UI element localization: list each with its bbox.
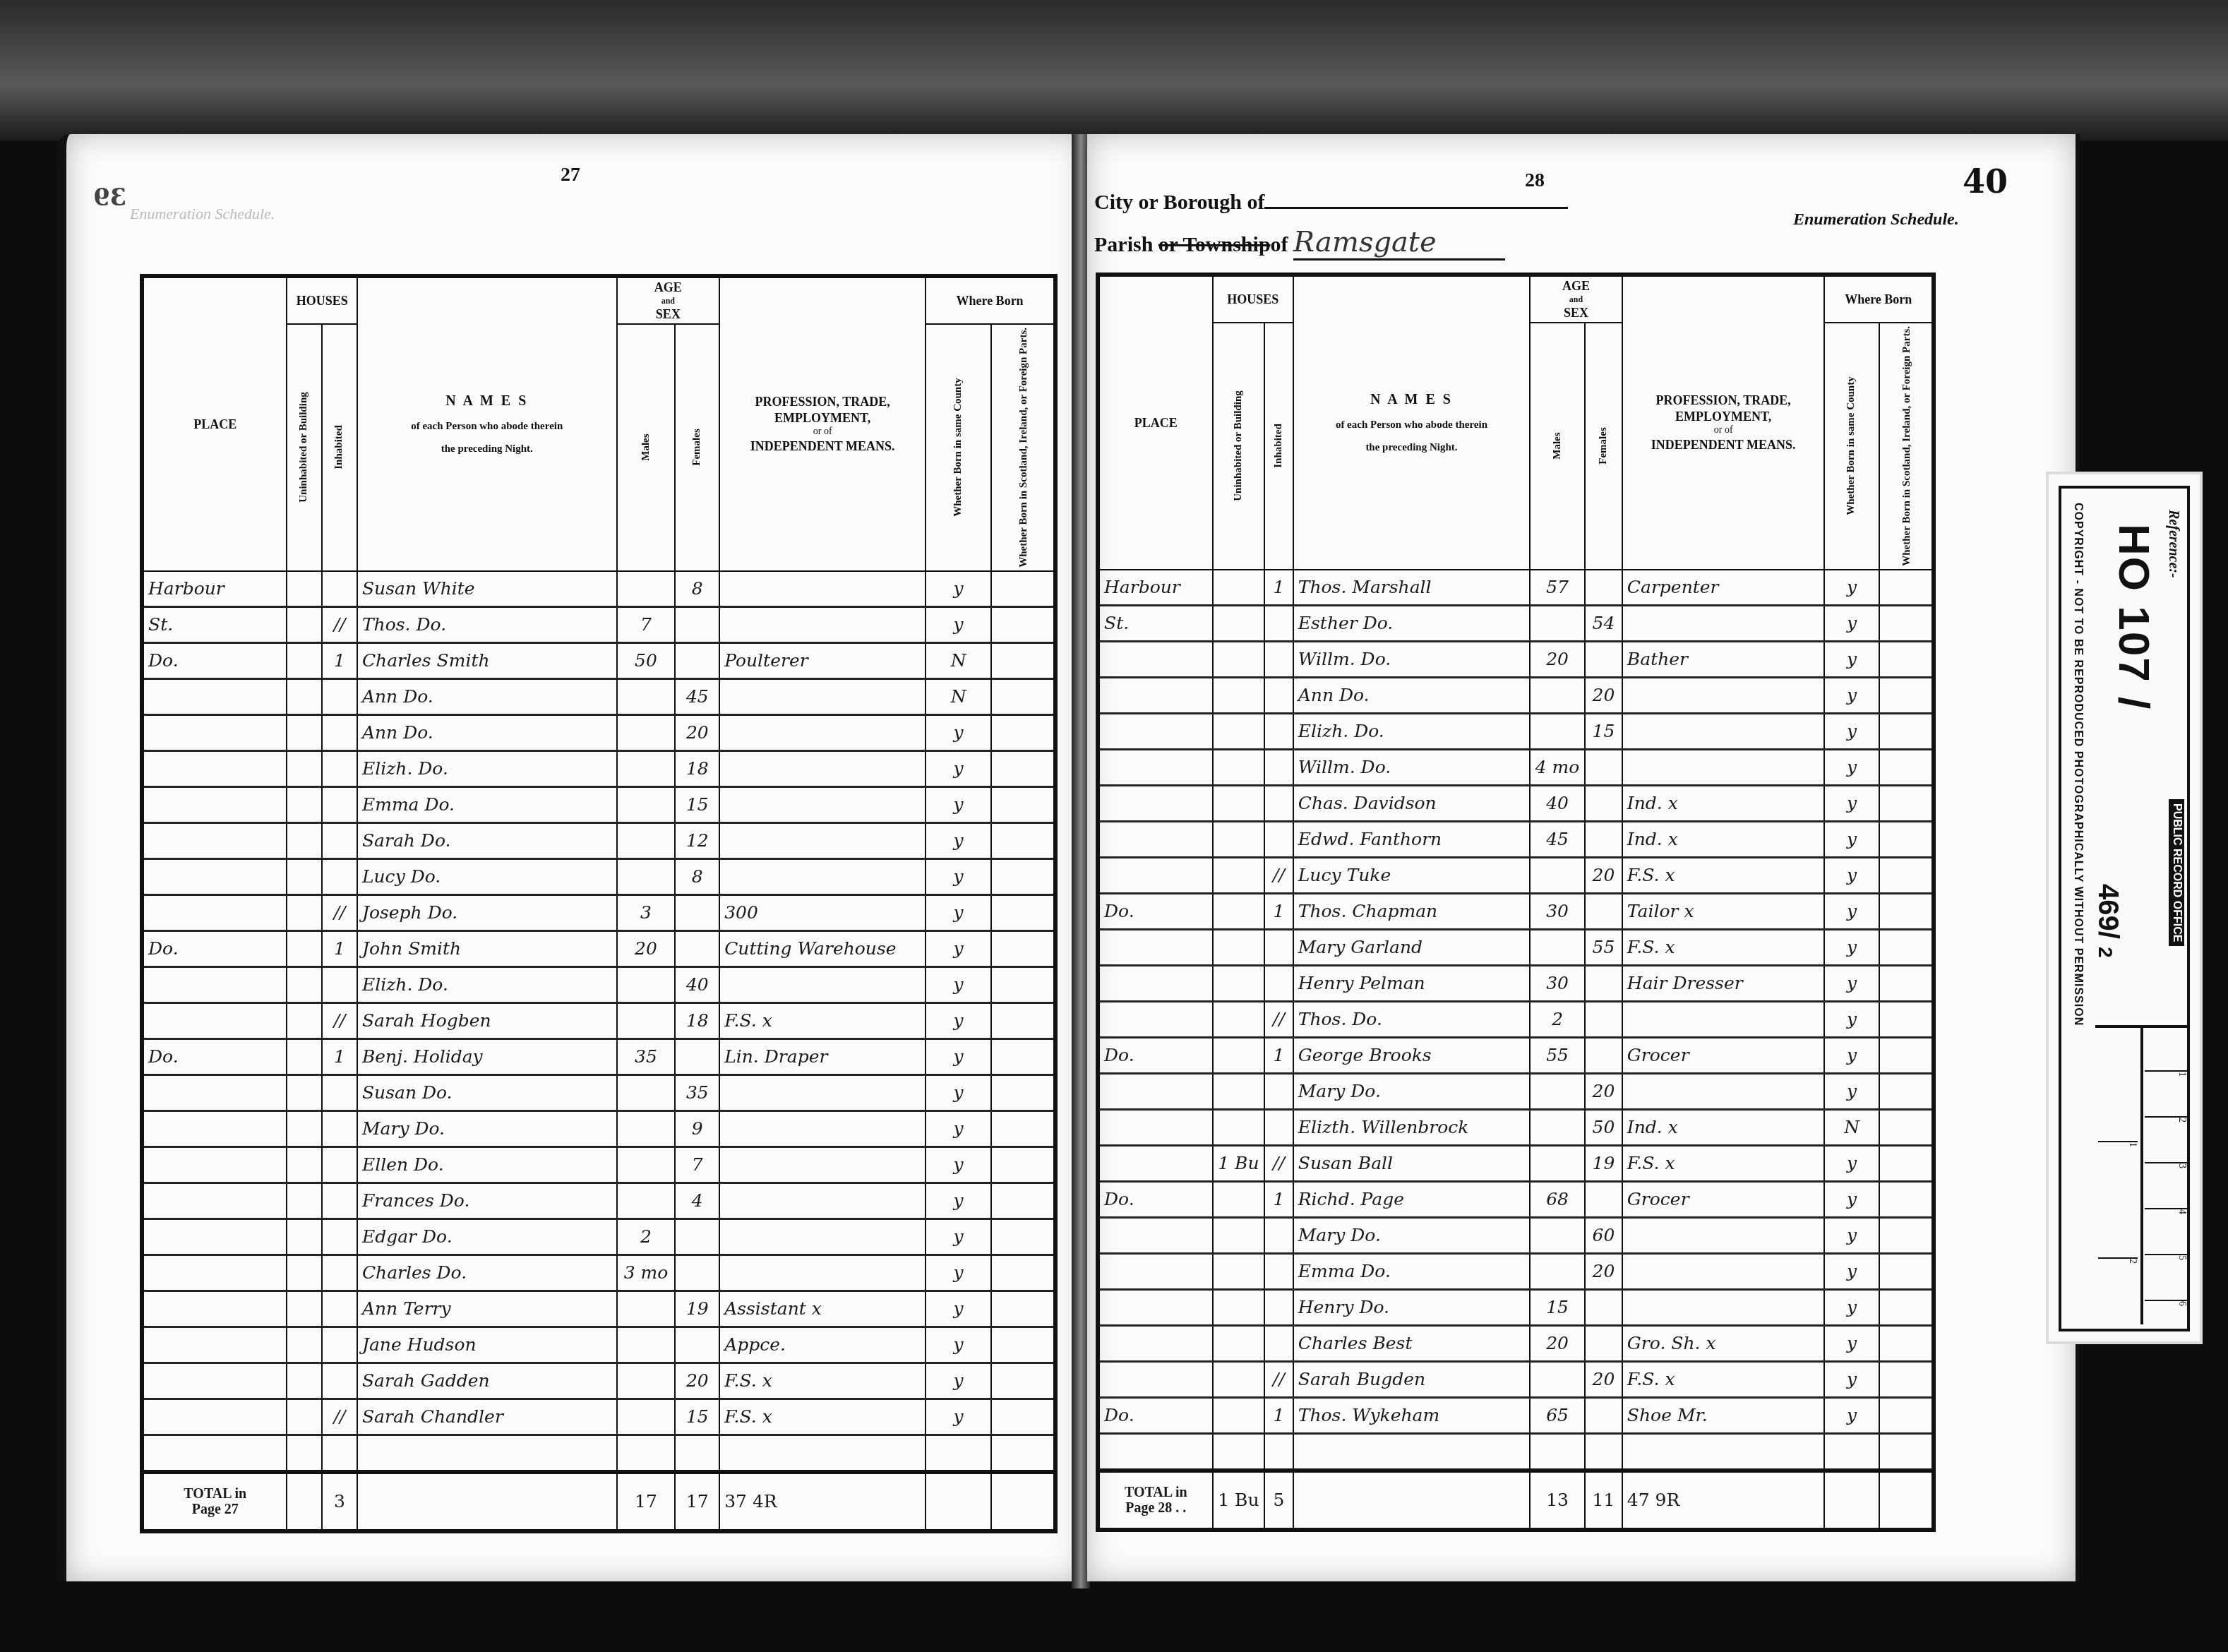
- census-row: Ann Do.20y: [142, 714, 1055, 750]
- inhabited-cell: [1264, 1325, 1293, 1361]
- inhabited-cell: 1: [1264, 1181, 1293, 1217]
- foreign-born-cell: [1879, 1289, 1934, 1325]
- age-sex: SEX: [619, 306, 718, 323]
- males-cell: 45: [1530, 821, 1585, 857]
- foreign-born-cell: [991, 1183, 1055, 1219]
- males-cell: [1530, 1433, 1585, 1471]
- place-cell: Do.: [142, 1039, 287, 1075]
- name-cell: Sarah Do.: [357, 822, 617, 858]
- col-age-sex: AGE and SEX: [617, 276, 720, 324]
- place-cell: [1098, 857, 1213, 893]
- females-cell: 60: [1585, 1217, 1622, 1253]
- females-cell: 20: [1585, 677, 1622, 713]
- inhabited-cell: [322, 1291, 357, 1327]
- same-county-cell: y: [926, 1363, 991, 1399]
- inhabited-cell: [1264, 1253, 1293, 1289]
- place-cell: [1098, 965, 1213, 1001]
- census-row: [142, 1435, 1055, 1472]
- total-inhabited: 5: [1264, 1471, 1293, 1530]
- same-county-cell: [1824, 1433, 1879, 1471]
- foreign-born-cell: [1879, 677, 1934, 713]
- inhabited-cell: 1: [322, 642, 357, 678]
- foreign-born-cell: [1879, 1253, 1934, 1289]
- uninhabited-cell: [287, 786, 322, 822]
- profession-cell: [719, 678, 926, 714]
- parish-value: Ramsgate: [1293, 226, 1505, 261]
- males-cell: [617, 1111, 676, 1147]
- place-cell: [1098, 713, 1213, 749]
- name-cell: John Smith: [357, 930, 617, 966]
- same-county-cell: y: [1824, 605, 1879, 641]
- same-county-cell: y: [926, 1039, 991, 1075]
- census-row: Mary Do.9y: [142, 1111, 1055, 1147]
- place-cell: [142, 1147, 287, 1183]
- name-cell: Thos. Marshall: [1293, 570, 1530, 606]
- foreign-born-cell: [1879, 1109, 1934, 1145]
- census-row: St.//Thos. Do.7y: [142, 606, 1055, 642]
- profession-cell: [1622, 749, 1825, 785]
- census-row: HarbourSusan White8y: [142, 571, 1055, 607]
- inhabited-cell: [322, 1075, 357, 1111]
- males-cell: [1530, 857, 1585, 893]
- col-males: Males: [617, 324, 676, 571]
- col-place: PLACE: [142, 276, 287, 571]
- census-row: [1098, 1433, 1934, 1471]
- females-cell: 15: [675, 786, 719, 822]
- females-cell: 7: [675, 1147, 719, 1183]
- males-cell: [1530, 1253, 1585, 1289]
- foreign-born-cell: [991, 786, 1055, 822]
- profession-cell: [719, 858, 926, 894]
- uninhabited-cell: [1213, 1397, 1265, 1433]
- females-cell: [1585, 1181, 1622, 1217]
- inhabited-cell: [322, 1363, 357, 1399]
- inhabited-cell: [322, 1327, 357, 1363]
- name-cell: Sarah Gadden: [357, 1363, 617, 1399]
- name-cell: Edgar Do.: [357, 1219, 617, 1255]
- township-struck-label: or Township: [1158, 233, 1271, 256]
- same-county-cell: y: [1824, 641, 1879, 677]
- census-row: Harbour1Thos. Marshall57Carpentery: [1098, 570, 1934, 606]
- inhabited-cell: [1264, 1217, 1293, 1253]
- place-cell: [1098, 1433, 1213, 1471]
- profession-cell: F.S. x: [719, 1363, 926, 1399]
- profession-cell: F.S. x: [719, 1399, 926, 1435]
- foreign-born-cell: [1879, 965, 1934, 1001]
- profession-cell: [719, 571, 926, 607]
- name-cell: Charles Smith: [357, 642, 617, 678]
- census-row: Henry Do.15y: [1098, 1289, 1934, 1325]
- same-county-cell: y: [1824, 857, 1879, 893]
- foreign-born-cell: [991, 1327, 1055, 1363]
- total-label: TOTAL inPage 27: [142, 1472, 287, 1531]
- males-cell: [617, 750, 676, 786]
- uninhabited-cell: [287, 822, 322, 858]
- uninhabited-cell: [287, 1255, 322, 1291]
- name-cell: Willm. Do.: [1293, 641, 1530, 677]
- profession-cell: [1622, 1289, 1825, 1325]
- place-cell: [1098, 677, 1213, 713]
- same-county-cell: y: [926, 966, 991, 1002]
- col-same-county: Whether Born in same County: [1824, 323, 1879, 570]
- profession-cell: [1622, 605, 1825, 641]
- foreign-born-cell: [1879, 1145, 1934, 1181]
- uninhabited-cell: [287, 1435, 322, 1472]
- uninhabited-cell: [287, 1219, 322, 1255]
- inhabited-cell: [322, 714, 357, 750]
- profession-cell: Hair Dresser: [1622, 965, 1825, 1001]
- females-cell: 15: [1585, 713, 1622, 749]
- foreign-born-cell: [1879, 605, 1934, 641]
- census-row: Ellen Do.7y: [142, 1147, 1055, 1183]
- females-cell: [1585, 1397, 1622, 1433]
- name-cell: Mary Do.: [1293, 1073, 1530, 1109]
- females-cell: [675, 1255, 719, 1291]
- females-cell: [1585, 893, 1622, 929]
- males-cell: 65: [1530, 1397, 1585, 1433]
- profession-line-1: PROFESSION, TRADE,: [1624, 393, 1823, 409]
- inhabited-cell: [1264, 605, 1293, 641]
- name-cell: Mary Do.: [357, 1111, 617, 1147]
- same-county-cell: y: [926, 1183, 991, 1219]
- uninhabited-cell: [1213, 1253, 1265, 1289]
- inhabited-cell: 1: [1264, 570, 1293, 606]
- females-cell: 20: [1585, 1253, 1622, 1289]
- males-cell: 30: [1530, 893, 1585, 929]
- inhabited-cell: [322, 1255, 357, 1291]
- names-sub1: of each Person who abode therein: [1295, 419, 1528, 432]
- same-county-cell: y: [1824, 1037, 1879, 1073]
- males-cell: [617, 571, 676, 607]
- same-county-cell: y: [926, 1147, 991, 1183]
- same-county-cell: y: [926, 750, 991, 786]
- census-row: Sarah Gadden20F.S. xy: [142, 1363, 1055, 1399]
- profession-cell: Appce.: [719, 1327, 926, 1363]
- total-foreign: [1879, 1471, 1934, 1530]
- census-row: Willm. Do.20Bathery: [1098, 641, 1934, 677]
- same-county-cell: y: [926, 822, 991, 858]
- uninhabited-cell: [1213, 1109, 1265, 1145]
- males-cell: [617, 1435, 676, 1472]
- males-cell: [617, 678, 676, 714]
- foreign-born-cell: [991, 894, 1055, 930]
- females-cell: [1585, 1433, 1622, 1471]
- profession-cell: Shoe Mr.: [1622, 1397, 1825, 1433]
- profession-cell: [719, 1255, 926, 1291]
- same-county-cell: N: [926, 678, 991, 714]
- folio-number: 40: [1963, 162, 2008, 200]
- reference-code: HO 107 /: [2109, 524, 2159, 710]
- foreign-born-cell: [991, 678, 1055, 714]
- inhabited-cell: [1264, 1073, 1293, 1109]
- inhabited-cell: [322, 1147, 357, 1183]
- age-and: and: [619, 296, 718, 306]
- census-row: Willm. Do.4 moy: [1098, 749, 1934, 785]
- name-cell: Sarah Hogben: [357, 1002, 617, 1039]
- uninhabited-cell: [1213, 1361, 1265, 1397]
- census-row: Elizh. Do.15y: [1098, 713, 1934, 749]
- place-cell: [1098, 1325, 1213, 1361]
- public-record-office-label: PUBLIC RECORD OFFICE: [2169, 799, 2184, 946]
- females-cell: [1585, 570, 1622, 606]
- males-cell: 15: [1530, 1289, 1585, 1325]
- place-cell: [1098, 1361, 1213, 1397]
- foreign-born-cell: [1879, 1397, 1934, 1433]
- census-row: 1 Bu//Susan Ball19F.S. xy: [1098, 1145, 1934, 1181]
- females-cell: [675, 606, 719, 642]
- males-cell: 55: [1530, 1037, 1585, 1073]
- foreign-born-cell: [1879, 713, 1934, 749]
- place-cell: [1098, 929, 1213, 965]
- reference-rotated-content: Reference:- HO 107 / PUBLIC RECORD OFFIC…: [2061, 489, 2187, 1329]
- place-cell: Do.: [1098, 1181, 1213, 1217]
- name-cell: Henry Pelman: [1293, 965, 1530, 1001]
- females-cell: [1585, 965, 1622, 1001]
- census-row: Sarah Do.12y: [142, 822, 1055, 858]
- name-cell: Ann Do.: [357, 714, 617, 750]
- name-cell: Sarah Chandler: [357, 1399, 617, 1435]
- uninhabited-cell: [287, 930, 322, 966]
- profession-cell: F.S. x: [1622, 929, 1825, 965]
- place-cell: [1098, 749, 1213, 785]
- foreign-born-cell: [991, 1147, 1055, 1183]
- same-county-cell: y: [1824, 965, 1879, 1001]
- place-cell: [142, 822, 287, 858]
- females-cell: 20: [1585, 1361, 1622, 1397]
- males-cell: [617, 1291, 676, 1327]
- same-county-cell: y: [1824, 1145, 1879, 1181]
- profession-cell: Assistant x: [719, 1291, 926, 1327]
- ruler-cm-4: 4: [2145, 1208, 2187, 1214]
- uninhabited-cell: [287, 1291, 322, 1327]
- profession-cell: Ind. x: [1622, 785, 1825, 821]
- uninhabited-cell: [287, 642, 322, 678]
- profession-cell: [719, 1183, 926, 1219]
- profession-cell: F.S. x: [1622, 857, 1825, 893]
- profession-cell: [719, 1435, 926, 1472]
- col-uninhabited: Uninhabited or Building: [1213, 323, 1265, 570]
- foreign-born-cell: [991, 1002, 1055, 1039]
- census-row: Elizh. Do.40y: [142, 966, 1055, 1002]
- uninhabited-cell: [1213, 1217, 1265, 1253]
- males-cell: [617, 1399, 676, 1435]
- females-cell: 55: [1585, 929, 1622, 965]
- profession-cell: [719, 1075, 926, 1111]
- census-row: Charles Best20Gro. Sh. xy: [1098, 1325, 1934, 1361]
- foreign-born-cell: [1879, 821, 1934, 857]
- same-county-cell: y: [926, 1002, 991, 1039]
- census-row: //Lucy Tuke20F.S. xy: [1098, 857, 1934, 893]
- same-county-cell: y: [1824, 1181, 1879, 1217]
- females-cell: 40: [675, 966, 719, 1002]
- males-cell: [1530, 1145, 1585, 1181]
- same-county-cell: y: [926, 714, 991, 750]
- ruler-cm-3: 3: [2145, 1162, 2187, 1168]
- males-cell: [1530, 605, 1585, 641]
- males-cell: 57: [1530, 570, 1585, 606]
- name-cell: Willm. Do.: [1293, 749, 1530, 785]
- inhabited-cell: [1264, 785, 1293, 821]
- inhabited-cell: [1264, 713, 1293, 749]
- place-cell: [142, 1327, 287, 1363]
- place-cell: [142, 1291, 287, 1327]
- total-profession: 47 9R: [1622, 1471, 1825, 1530]
- total-row: TOTAL inPage 28 . . 1 Bu 5 13 11 47 9R: [1098, 1471, 1934, 1530]
- profession-cell: [1622, 1433, 1825, 1471]
- uninhabited-cell: [287, 678, 322, 714]
- males-cell: 2: [1530, 1001, 1585, 1037]
- census-row: Charles Do.3 moy: [142, 1255, 1055, 1291]
- inhabited-cell: [1264, 641, 1293, 677]
- females-cell: [675, 894, 719, 930]
- place-cell: Do.: [142, 642, 287, 678]
- same-county-cell: y: [926, 1291, 991, 1327]
- place-cell: [1098, 821, 1213, 857]
- females-cell: [1585, 1289, 1622, 1325]
- foreign-born-cell: [991, 750, 1055, 786]
- census-row: St.Esther Do.54y: [1098, 605, 1934, 641]
- same-county-cell: y: [1824, 893, 1879, 929]
- foreign-born-cell: [1879, 1433, 1934, 1471]
- uninhabited-cell: [287, 894, 322, 930]
- males-cell: 3: [617, 894, 676, 930]
- same-county-cell: N: [1824, 1109, 1879, 1145]
- same-county-cell: y: [1824, 1325, 1879, 1361]
- same-county-cell: y: [926, 894, 991, 930]
- census-row: Do.1John Smith20Cutting Warehousey: [142, 930, 1055, 966]
- total-names: [357, 1472, 617, 1531]
- name-cell: Esther Do.: [1293, 605, 1530, 641]
- name-cell: Ann Do.: [1293, 677, 1530, 713]
- profession-cell: [719, 786, 926, 822]
- males-cell: 7: [617, 606, 676, 642]
- col-females: Females: [675, 324, 719, 571]
- city-value: [1264, 207, 1568, 209]
- males-cell: [617, 1002, 676, 1039]
- name-cell: [357, 1435, 617, 1472]
- place-cell: [142, 1219, 287, 1255]
- profession-cell: [719, 966, 926, 1002]
- foreign-born-cell: [1879, 1181, 1934, 1217]
- census-table-left: PLACE HOUSES N A M E S of each Person wh…: [140, 274, 1058, 1533]
- same-county-cell: y: [926, 1255, 991, 1291]
- names-sub1: of each Person who abode therein: [359, 420, 615, 433]
- place-cell: Do.: [1098, 1037, 1213, 1073]
- place-cell: [142, 1075, 287, 1111]
- total-inhabited: 3: [322, 1472, 357, 1531]
- profession-line-3: or of: [1624, 424, 1823, 437]
- place-cell: [142, 1363, 287, 1399]
- uninhabited-cell: [1213, 1325, 1265, 1361]
- col-uninhabited: Uninhabited or Building: [287, 324, 322, 571]
- uninhabited-cell: [287, 1399, 322, 1435]
- profession-cell: Poulterer: [719, 642, 926, 678]
- females-cell: [675, 1039, 719, 1075]
- place-cell: Do.: [1098, 893, 1213, 929]
- total-males: 17: [617, 1472, 676, 1531]
- name-cell: Elizth. Willenbrock: [1293, 1109, 1530, 1145]
- inhabited-cell: [1264, 1109, 1293, 1145]
- uninhabited-cell: [1213, 785, 1265, 821]
- profession-cell: [1622, 1253, 1825, 1289]
- name-cell: Mary Do.: [1293, 1217, 1530, 1253]
- females-cell: [1585, 1037, 1622, 1073]
- females-cell: 20: [1585, 857, 1622, 893]
- name-cell: Benj. Holiday: [357, 1039, 617, 1075]
- total-females: 11: [1585, 1471, 1622, 1530]
- foreign-born-cell: [1879, 1037, 1934, 1073]
- females-cell: 9: [675, 1111, 719, 1147]
- profession-cell: Cutting Warehouse: [719, 930, 926, 966]
- profession-cell: [1622, 1073, 1825, 1109]
- uninhabited-cell: [287, 1147, 322, 1183]
- females-cell: [675, 930, 719, 966]
- same-county-cell: y: [1824, 1073, 1879, 1109]
- females-cell: 8: [675, 858, 719, 894]
- place-cell: Do.: [1098, 1397, 1213, 1433]
- col-houses: HOUSES: [287, 276, 357, 324]
- uninhabited-cell: [287, 1111, 322, 1147]
- col-profession: PROFESSION, TRADE, EMPLOYMENT, or of IND…: [719, 276, 926, 571]
- uninhabited-cell: [287, 606, 322, 642]
- schedule-label: Enumeration Schedule.: [1793, 210, 1959, 229]
- uninhabited-cell: [1213, 713, 1265, 749]
- uninhabited-cell: [287, 571, 322, 607]
- profession-cell: Tailor x: [1622, 893, 1825, 929]
- name-cell: Ann Do.: [357, 678, 617, 714]
- census-row: Jane HudsonAppce.y: [142, 1327, 1055, 1363]
- uninhabited-cell: [1213, 1181, 1265, 1217]
- males-cell: [617, 1183, 676, 1219]
- census-row: //Thos. Do.2y: [1098, 1001, 1934, 1037]
- females-cell: 8: [675, 571, 719, 607]
- uninhabited-cell: [287, 858, 322, 894]
- place-cell: [1098, 785, 1213, 821]
- name-cell: Lucy Tuke: [1293, 857, 1530, 893]
- profession-cell: Grocer: [1622, 1037, 1825, 1073]
- place-cell: [142, 966, 287, 1002]
- profession-cell: [719, 750, 926, 786]
- inhabited-cell: [322, 1219, 357, 1255]
- females-cell: [675, 1327, 719, 1363]
- uninhabited-cell: [287, 1363, 322, 1399]
- profession-cell: Carpenter: [1622, 570, 1825, 606]
- same-county-cell: y: [926, 1111, 991, 1147]
- foreign-born-cell: [1879, 749, 1934, 785]
- census-row: Do.1Charles Smith50PoultererN: [142, 642, 1055, 678]
- inhabited-cell: [322, 822, 357, 858]
- name-cell: Thos. Do.: [357, 606, 617, 642]
- scanner-background: [0, 0, 2228, 141]
- census-row: Ann Do.45N: [142, 678, 1055, 714]
- census-row: //Joseph Do.3300y: [142, 894, 1055, 930]
- males-cell: 30: [1530, 965, 1585, 1001]
- profession-line-1: PROFESSION, TRADE,: [721, 394, 923, 410]
- total-row: TOTAL inPage 27 3 17 17 37 4R: [142, 1472, 1055, 1531]
- females-cell: 20: [675, 714, 719, 750]
- males-cell: 4 mo: [1530, 749, 1585, 785]
- census-row: Elizth. Willenbrock50Ind. xN: [1098, 1109, 1934, 1145]
- col-age-sex: AGE and SEX: [1530, 275, 1622, 323]
- census-row: //Sarah Chandler15F.S. xy: [142, 1399, 1055, 1435]
- same-county-cell: y: [926, 786, 991, 822]
- profession-cell: Ind. x: [1622, 1109, 1825, 1145]
- census-row: Emma Do.20y: [1098, 1253, 1934, 1289]
- total-uninhabited: 1 Bu: [1213, 1471, 1265, 1530]
- place-cell: Harbour: [142, 571, 287, 607]
- profession-cell: [719, 714, 926, 750]
- males-cell: [1530, 929, 1585, 965]
